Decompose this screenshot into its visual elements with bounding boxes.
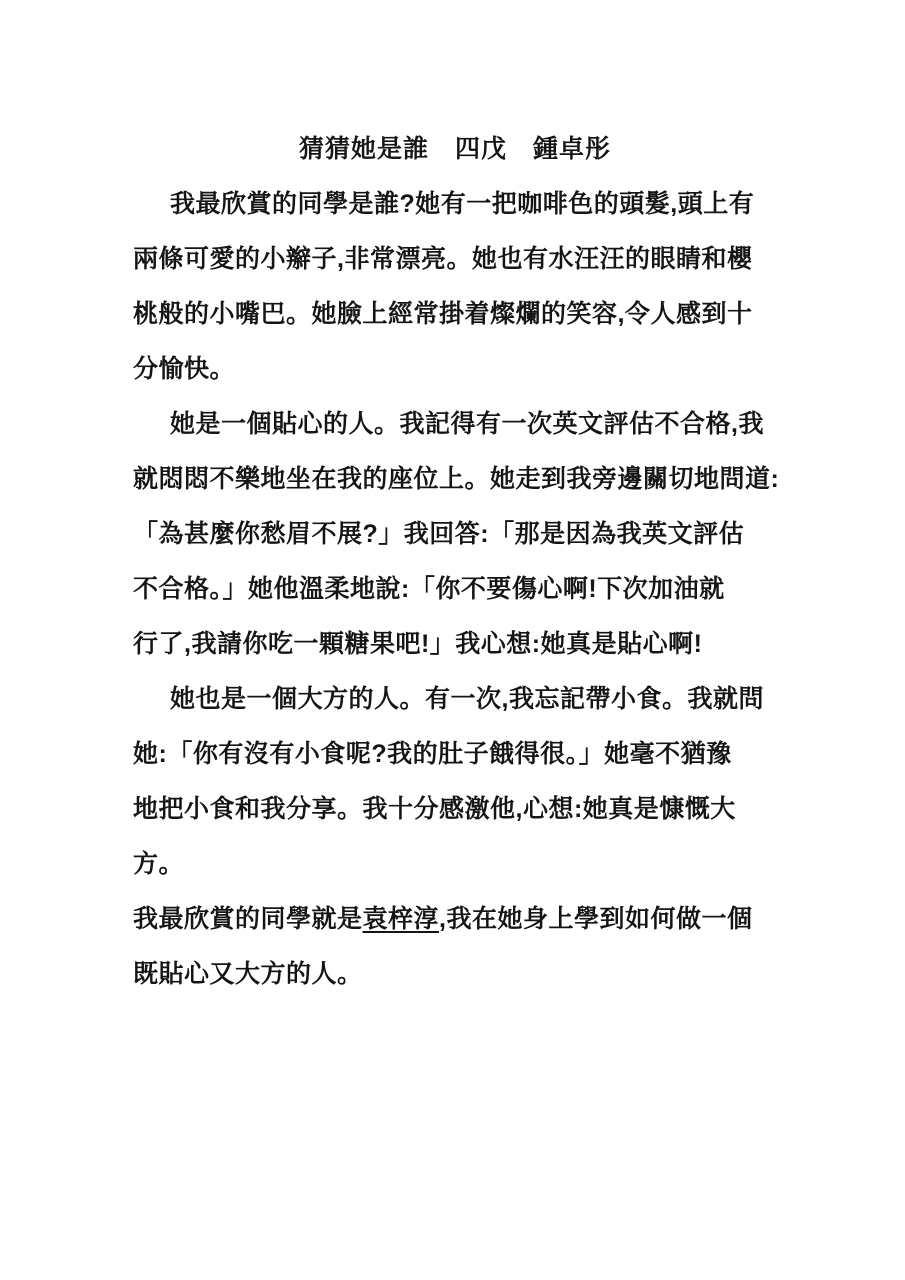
text-line: 就悶悶不樂地坐在我的座位上。她走到我旁邊關切地問道:	[133, 452, 777, 507]
classmate-name-underlined: 袁梓淳	[363, 905, 440, 933]
text-line: 不合格。」她他溫柔地說:「你不要傷心啊!下次加油就	[133, 562, 777, 617]
text-line: 地把小食和我分享。我十分感激他,心想:她真是慷慨大	[133, 782, 777, 837]
text-line: 既貼心又大方的人。	[133, 947, 777, 1002]
text-line: 行了,我請你吃一顆糖果吧!」我心想:她真是貼心啊!	[133, 617, 777, 672]
text-line: 她是一個貼心的人。我記得有一次英文評估不合格,我	[133, 397, 777, 452]
text-line: 「為甚麼你愁眉不展?」我回答:「那是因為我英文評估	[133, 507, 777, 562]
text-line: 她:「你有沒有小食呢?我的肚子餓得很。」她毫不猶豫	[133, 727, 777, 782]
text-line: 方。	[133, 837, 777, 892]
essay-title: 猜猜她是誰 四戊 鍾卓彤	[133, 122, 777, 177]
essay-page: 猜猜她是誰 四戊 鍾卓彤 我最欣賞的同學是誰?她有一把咖啡色的頭髮,頭上有 兩條…	[0, 0, 905, 1280]
closing-text-post: ,我在她身上學到如何做一個	[439, 905, 752, 933]
text-line: 我最欣賞的同學是誰?她有一把咖啡色的頭髮,頭上有	[133, 177, 777, 232]
text-line: 我最欣賞的同學就是袁梓淳,我在她身上學到如何做一個	[133, 892, 777, 947]
text-line: 分愉快。	[133, 342, 777, 397]
text-line: 兩條可愛的小辮子,非常漂亮。她也有水汪汪的眼睛和櫻	[133, 232, 777, 287]
text-line: 桃般的小嘴巴。她臉上經常掛着燦爛的笑容,令人感到十	[133, 287, 777, 342]
closing-text-pre: 我最欣賞的同學就是	[133, 905, 363, 933]
text-line: 她也是一個大方的人。有一次,我忘記帶小食。我就問	[133, 672, 777, 727]
